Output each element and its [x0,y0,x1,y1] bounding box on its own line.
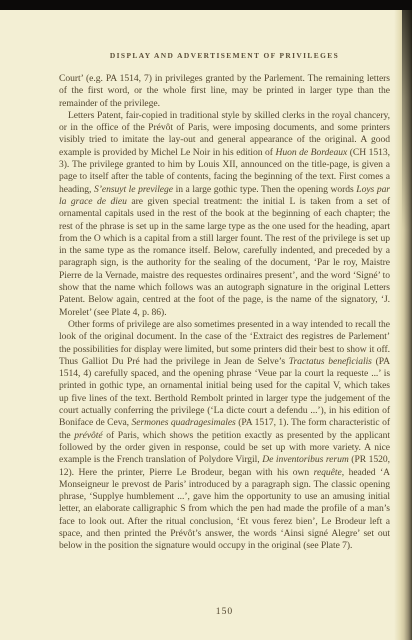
italic-title-text: Tractatus beneficialis [289,356,372,367]
running-header: DISPLAY AND ADVERTISEMENT OF PRIVILEGES [59,51,390,60]
italic-title-text: Huon de Bordeaux [276,147,348,158]
body-text: are given special treatment: the initial… [59,196,390,318]
italic-title-text: S’ensuyt le previlege [94,184,173,195]
italic-title-text: prévôté [74,430,102,441]
page-edge-corner-shadow [402,10,412,230]
italic-title-text: requête [314,467,342,478]
body-text: in a large gothic type. Then the opening… [173,184,356,195]
body-text: , headed ‘A Monseigneur le prevost de Pa… [59,467,390,552]
page-content: DISPLAY AND ADVERTISEMENT OF PRIVILEGES … [59,0,390,553]
body-paragraph: Letters Patent, fair-copied in tradition… [59,110,390,319]
body-text: Court’ (e.g. PA 1514, 7) in privileges g… [59,73,390,109]
scanned-book-page: DISPLAY AND ADVERTISEMENT OF PRIVILEGES … [0,0,412,640]
italic-title-text: Sermones quadragesimales [132,417,236,428]
text-block: Court’ (e.g. PA 1514, 7) in privileges g… [59,73,390,553]
italic-title-text: De inventoribus rerum [262,454,348,465]
body-paragraph: Other forms of privilege are also someti… [59,319,390,553]
folio-page-number: 150 [59,606,390,617]
body-paragraph: Court’ (e.g. PA 1514, 7) in privileges g… [59,73,390,110]
